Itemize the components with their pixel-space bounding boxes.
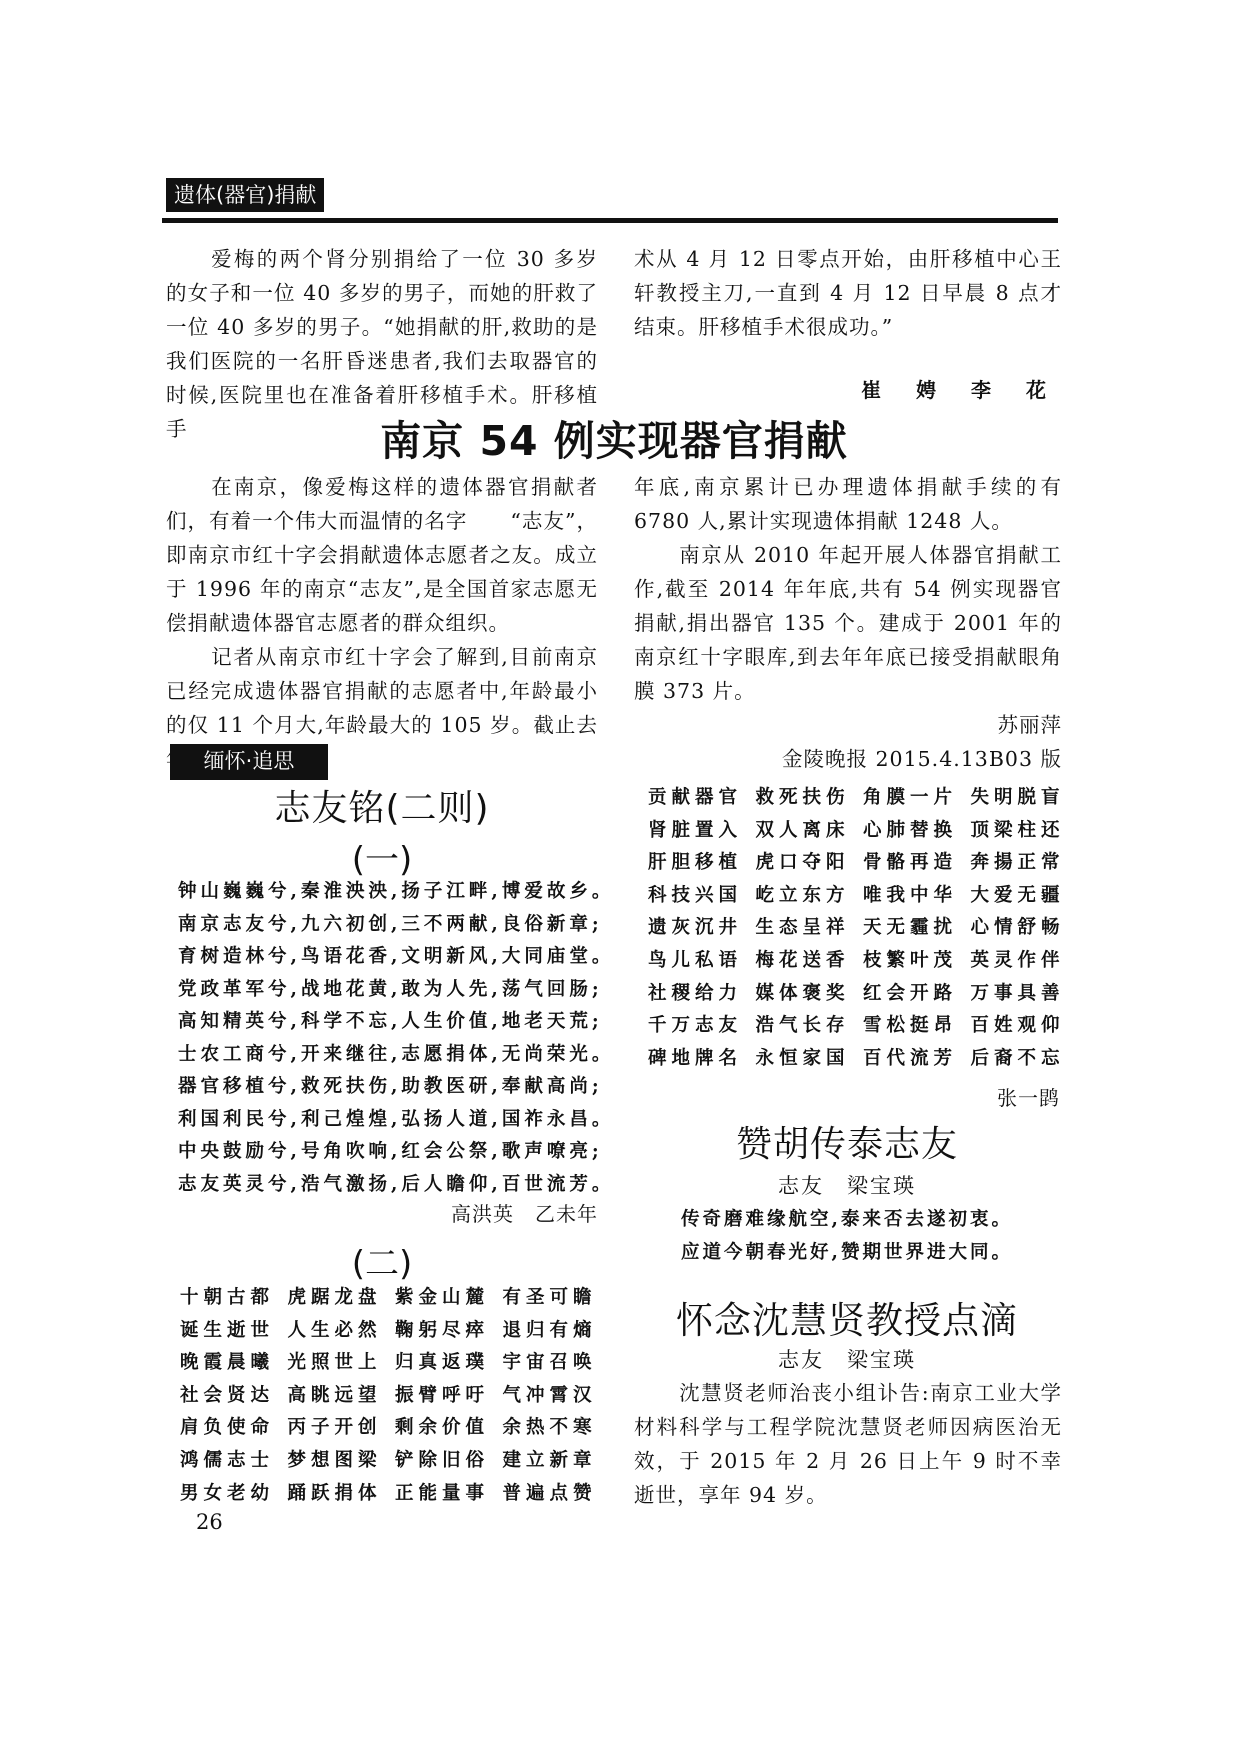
verse-cell: 肾脏置入 bbox=[648, 815, 756, 848]
poem-line: 志友英灵兮,浩气激扬,后人瞻仰,百世流芳。 bbox=[178, 1169, 608, 1202]
verse-cell: 鞠躬尽瘁 bbox=[395, 1315, 503, 1348]
article1-right-column: 术从 4 月 12 日零点开始，由肝移植中心王轩教授主刀,一直到 4 月 12 … bbox=[634, 242, 1062, 344]
article1-right-paragraph: 术从 4 月 12 日零点开始，由肝移植中心王轩教授主刀,一直到 4 月 12 … bbox=[634, 242, 1062, 344]
poem-part1-lines: 钟山巍巍兮,秦淮泱泱,扬子江畔,博爱故乡。 南京志友兮,九六初创,三不两献,良俗… bbox=[178, 876, 608, 1201]
verse-cell: 建立新章 bbox=[503, 1445, 611, 1478]
verse-cell: 救死扶伤 bbox=[756, 782, 864, 815]
article2-paragraph-1: 在南京，像爱梅这样的遗体器官捐献者们，有着一个伟大而温情的名字 “志友”，即南京… bbox=[166, 470, 598, 640]
verse-cell: 红会开路 bbox=[863, 978, 971, 1011]
verse-cell: 男女老幼 bbox=[180, 1478, 288, 1511]
poem-hu-title: 赞胡传泰志友 bbox=[634, 1116, 1060, 1167]
page-number: 26 bbox=[196, 1510, 223, 1534]
memorial-body: 沈慧贤老师治丧小组讣告:南京工业大学材料科学与工程学院沈慧贤老师因病医治无效，于… bbox=[634, 1376, 1062, 1512]
poem-title: 志友铭(二则) bbox=[166, 780, 598, 831]
verse-cell: 梦想图梁 bbox=[288, 1445, 396, 1478]
verse-cell: 屹立东方 bbox=[756, 880, 864, 913]
verse-cell: 雪松挺昂 bbox=[863, 1010, 971, 1043]
verse-cell: 气冲霄汉 bbox=[503, 1380, 611, 1413]
verse-cell: 紫金山麓 bbox=[395, 1282, 503, 1315]
article2-paragraph-4: 南京从 2010 年起开展人体器官捐献工作,截至 2014 年年底,共有 54 … bbox=[634, 538, 1062, 708]
verse-cell: 人生必然 bbox=[288, 1315, 396, 1348]
poem-hu-byline: 志友 梁宝瑛 bbox=[634, 1170, 1060, 1200]
verse-cell: 有圣可瞻 bbox=[503, 1282, 611, 1315]
verse-cell: 铲除旧俗 bbox=[395, 1445, 503, 1478]
poem-line: 育树造林兮,鸟语花香,文明新风,大同庙堂。 bbox=[178, 941, 608, 974]
verse-cell: 英灵作伴 bbox=[971, 945, 1079, 978]
verse-cell: 角膜一片 bbox=[863, 782, 971, 815]
article2-source: 金陵晚报 2015.4.13B03 版 bbox=[634, 742, 1062, 776]
verse-cell: 枝繁叶茂 bbox=[863, 945, 971, 978]
verse-cell: 百代流芳 bbox=[863, 1043, 971, 1076]
poem-part1-label: (一) bbox=[166, 832, 598, 881]
poem-line: 士农工商兮,开来继往,志愿捐体,无尚荣光。 bbox=[178, 1039, 608, 1072]
poem-line: 器官移植兮,救死扶伤,助教医研,奉献高尚; bbox=[178, 1071, 608, 1104]
verse-cell: 晚霞晨曦 bbox=[180, 1347, 288, 1380]
article2-right-column: 年底,南京累计已办理遗体捐献手续的有 6780 人,累计实现遗体捐献 1248 … bbox=[634, 470, 1062, 776]
section-tag-organ-donation: 遗体(器官)捐献 bbox=[166, 178, 324, 212]
verse-cell: 正能量事 bbox=[395, 1478, 503, 1511]
verse-cell: 普遍点赞 bbox=[503, 1478, 611, 1511]
poem-line: 中央鼓励兮,号角吹响,红会公祭,歌声嘹亮; bbox=[178, 1136, 608, 1169]
verse-cell: 万事具善 bbox=[971, 978, 1079, 1011]
verse-cell: 鸿儒志士 bbox=[180, 1445, 288, 1478]
poem-line: 应道今朝春光好,赞期世界进大同。 bbox=[634, 1237, 1060, 1270]
verse-cell: 虎踞龙盘 bbox=[288, 1282, 396, 1315]
verse-cell: 踊跃捐体 bbox=[288, 1478, 396, 1511]
poem-part2-left-grid: 十朝古都 虎踞龙盘 紫金山麓 有圣可瞻 诞生逝世 人生必然 鞠躬尽瘁 退归有熵 … bbox=[180, 1282, 610, 1510]
poem-part2-right-grid: 贡献器官 救死扶伤 角膜一片 失明脱盲 肾脏置入 双人离床 心肺替换 顶梁柱还 … bbox=[648, 782, 1078, 1075]
verse-cell: 媒体褒奖 bbox=[756, 978, 864, 1011]
verse-cell: 剩余价值 bbox=[395, 1412, 503, 1445]
memorial-title: 怀念沈慧贤教授点滴 bbox=[634, 1290, 1060, 1344]
header-rule bbox=[162, 218, 1058, 223]
verse-cell: 奔揚正常 bbox=[971, 847, 1079, 880]
verse-cell: 天无霾扰 bbox=[863, 912, 971, 945]
verse-cell: 生态呈祥 bbox=[756, 912, 864, 945]
verse-cell: 贡献器官 bbox=[648, 782, 756, 815]
verse-cell: 骨骼再造 bbox=[863, 847, 971, 880]
section-tag-memorial: 缅怀·追思 bbox=[170, 744, 328, 780]
article2-paragraph-3: 年底,南京累计已办理遗体捐献手续的有 6780 人,累计实现遗体捐献 1248 … bbox=[634, 470, 1062, 538]
article2-left-column: 在南京，像爱梅这样的遗体器官捐献者们，有着一个伟大而温情的名字 “志友”，即南京… bbox=[166, 470, 598, 776]
verse-cell: 后裔不忘 bbox=[971, 1043, 1079, 1076]
poem-line: 党政革军兮,战地花黄,敢为人先,荡气回肠; bbox=[178, 974, 608, 1007]
poem-line: 南京志友兮,九六初创,三不两献,良俗新章; bbox=[178, 909, 608, 942]
verse-cell: 百姓观仰 bbox=[971, 1010, 1079, 1043]
article2-title: 南京 54 例实现器官捐献 bbox=[166, 408, 1062, 467]
verse-cell: 肝胆移植 bbox=[648, 847, 756, 880]
poem-hu-lines: 传奇磨难缘航空,泰来否去遂初衷。 应道今朝春光好,赞期世界进大同。 bbox=[634, 1204, 1060, 1269]
verse-cell: 社稷给力 bbox=[648, 978, 756, 1011]
verse-cell: 双人离床 bbox=[756, 815, 864, 848]
poem-line: 高知精英兮,科学不忘,人生价值,地老天荒; bbox=[178, 1006, 608, 1039]
verse-cell: 心肺替换 bbox=[863, 815, 971, 848]
poem-part2-signature: 张一鹍 bbox=[634, 1082, 1060, 1111]
verse-cell: 遗灰沉井 bbox=[648, 912, 756, 945]
poem-line: 钟山巍巍兮,秦淮泱泱,扬子江畔,博爱故乡。 bbox=[178, 876, 608, 909]
verse-cell: 浩气长存 bbox=[756, 1010, 864, 1043]
verse-cell: 社会贤达 bbox=[180, 1380, 288, 1413]
poem-part1-signature: 高洪英 乙未年 bbox=[166, 1198, 598, 1227]
verse-cell: 光照世上 bbox=[288, 1347, 396, 1380]
verse-cell: 肩负使命 bbox=[180, 1412, 288, 1445]
verse-cell: 丙子开创 bbox=[288, 1412, 396, 1445]
verse-cell: 顶梁柱还 bbox=[971, 815, 1079, 848]
verse-cell: 余热不寒 bbox=[503, 1412, 611, 1445]
article2-author: 苏丽萍 bbox=[634, 708, 1062, 742]
verse-cell: 宇宙召唤 bbox=[503, 1347, 611, 1380]
verse-cell: 虎口夺阳 bbox=[756, 847, 864, 880]
verse-cell: 永恒家国 bbox=[756, 1043, 864, 1076]
verse-cell: 梅花送香 bbox=[756, 945, 864, 978]
verse-cell: 振臂呼吁 bbox=[395, 1380, 503, 1413]
verse-cell: 退归有熵 bbox=[503, 1315, 611, 1348]
memorial-paragraph: 沈慧贤老师治丧小组讣告:南京工业大学材料科学与工程学院沈慧贤老师因病医治无效，于… bbox=[634, 1376, 1062, 1512]
verse-cell: 鸟儿私语 bbox=[648, 945, 756, 978]
verse-cell: 科技兴国 bbox=[648, 880, 756, 913]
verse-cell: 十朝古都 bbox=[180, 1282, 288, 1315]
article1-authors: 崔 娉 李 花 bbox=[634, 374, 1060, 403]
verse-cell: 归真返璞 bbox=[395, 1347, 503, 1380]
verse-cell: 高眺远望 bbox=[288, 1380, 396, 1413]
verse-cell: 唯我中华 bbox=[863, 880, 971, 913]
poem-part2-label: (二) bbox=[166, 1236, 598, 1285]
verse-cell: 诞生逝世 bbox=[180, 1315, 288, 1348]
poem-line: 利国利民兮,利己煌煌,弘扬人道,国祚永昌。 bbox=[178, 1104, 608, 1137]
verse-cell: 大爱无疆 bbox=[971, 880, 1079, 913]
poem-line: 传奇磨难缘航空,泰来否去遂初衷。 bbox=[634, 1204, 1060, 1237]
verse-cell: 千万志友 bbox=[648, 1010, 756, 1043]
verse-cell: 碑地牌名 bbox=[648, 1043, 756, 1076]
memorial-byline: 志友 梁宝瑛 bbox=[634, 1344, 1060, 1374]
verse-cell: 心情舒畅 bbox=[971, 912, 1079, 945]
verse-cell: 失明脱盲 bbox=[971, 782, 1079, 815]
